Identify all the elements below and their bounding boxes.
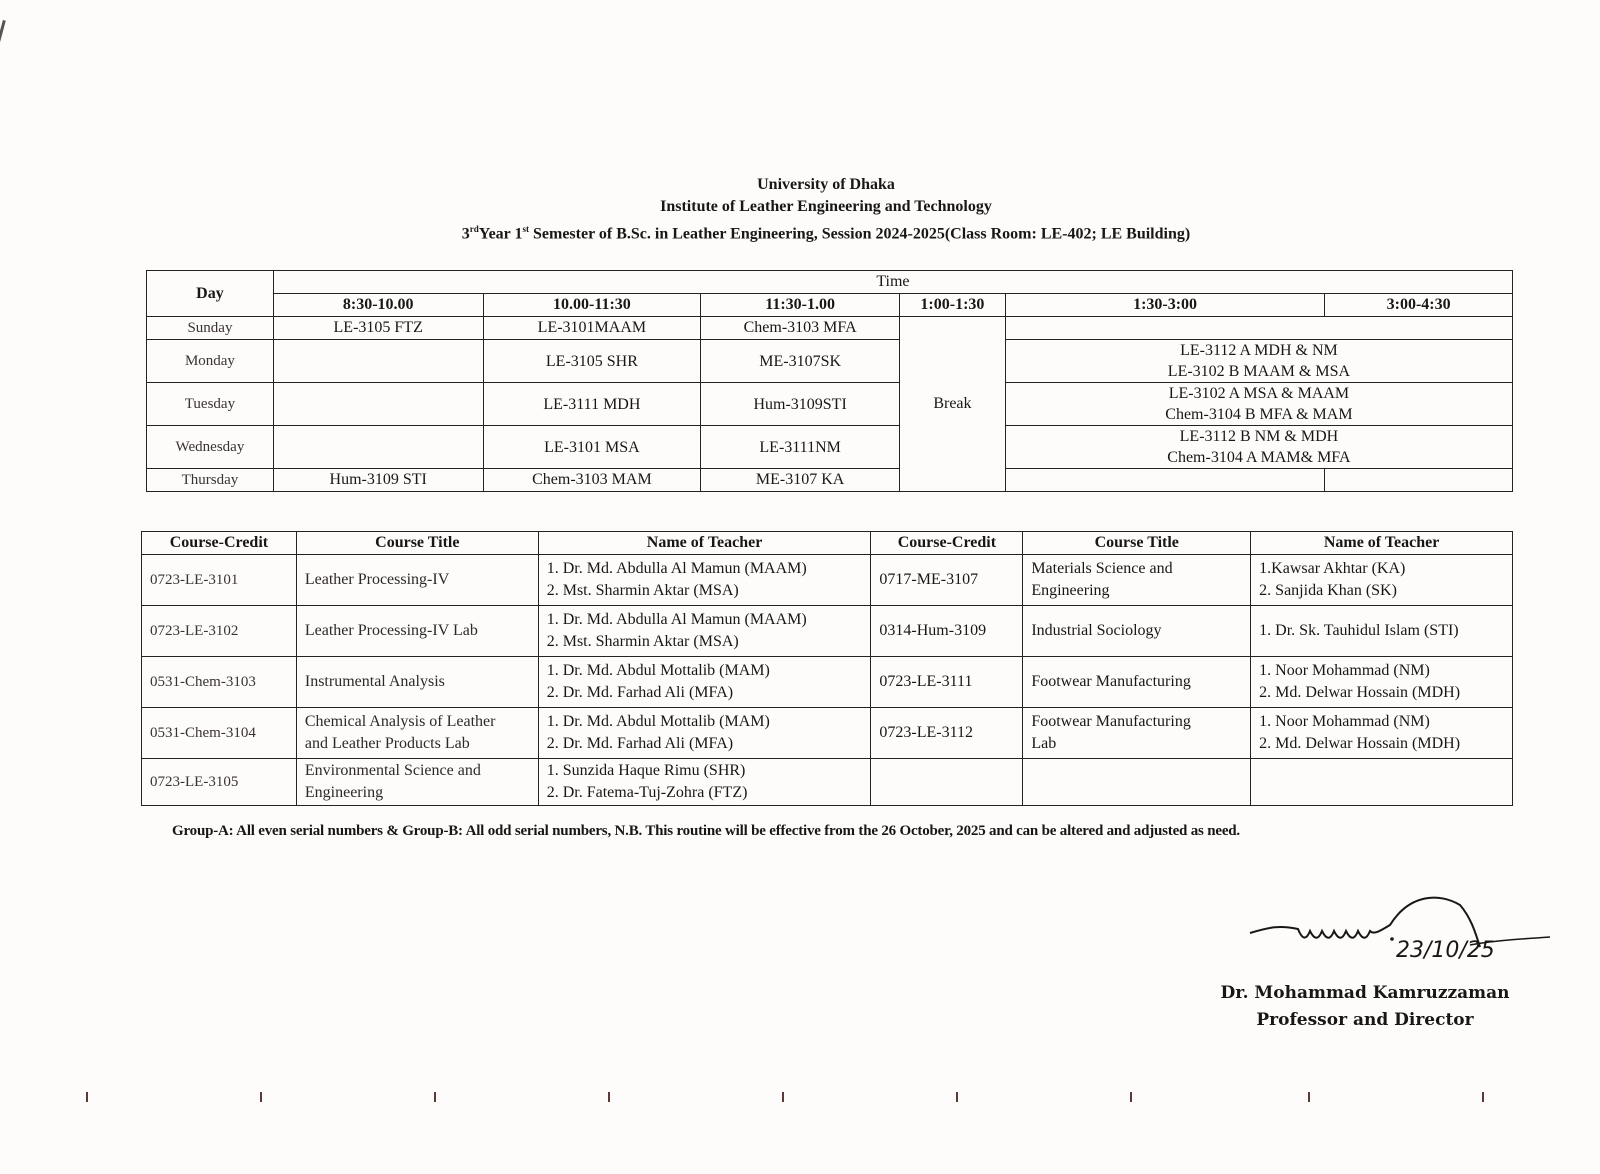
lab-cell xyxy=(1005,317,1512,340)
course-title: Leather Processing-IV Lab xyxy=(296,606,538,657)
slot-header: 1:00-1:30 xyxy=(899,294,1005,317)
lab-cell xyxy=(1005,469,1324,492)
binding-mark xyxy=(1130,1092,1132,1102)
class-cell: LE-3111NM xyxy=(701,426,900,469)
course-title: Instrumental Analysis xyxy=(296,657,538,708)
break-cell: Break xyxy=(899,317,1005,492)
course-row: 0723-LE-3101Leather Processing-IV1. Dr. … xyxy=(142,555,1513,606)
course-code: 0717-ME-3107 xyxy=(871,555,1023,606)
university-name: University of Dhaka xyxy=(0,174,1600,196)
course-code: 0531-Chem-3104 xyxy=(142,708,297,759)
lab-cell: LE-3112 B NM & MDHChem-3104 A MAM& MFA xyxy=(1005,426,1512,469)
course-credit-header: Course-Credit xyxy=(871,532,1023,555)
binding-mark xyxy=(1482,1092,1484,1102)
schedule-row: Sunday LE-3105 FTZ LE-3101MAAM Chem-3103… xyxy=(147,317,1513,340)
binding-mark xyxy=(434,1092,436,1102)
binding-mark xyxy=(608,1092,610,1102)
class-schedule-table: Day Time 8:30-10.00 10.00-11:30 11:30-1.… xyxy=(146,270,1513,492)
class-cell: Chem-3103 MAM xyxy=(483,469,701,492)
course-title: Footwear Manufacturing xyxy=(1023,657,1251,708)
binding-mark xyxy=(782,1092,784,1102)
teacher-names xyxy=(1251,759,1513,806)
signature-icon: 23/10/25 xyxy=(1240,895,1560,975)
class-cell: LE-3101 MSA xyxy=(483,426,701,469)
signature-date: 23/10/25 xyxy=(1396,938,1495,963)
course-code: 0723-LE-3102 xyxy=(142,606,297,657)
time-header: Time xyxy=(273,271,1512,294)
slot-header: 10.00-11:30 xyxy=(483,294,701,317)
class-cell: Hum-3109STI xyxy=(701,383,900,426)
teacher-names: 1. Noor Mohammad (NM)2. Md. Delwar Hossa… xyxy=(1251,708,1513,759)
course-credit-header: Course-Credit xyxy=(142,532,297,555)
course-code: 0531-Chem-3103 xyxy=(142,657,297,708)
day-cell: Thursday xyxy=(147,469,274,492)
slot-header: 11:30-1.00 xyxy=(701,294,900,317)
teacher-names: 1.Kawsar Akhtar (KA)2. Sanjida Khan (SK) xyxy=(1251,555,1513,606)
course-row: 0531-Chem-3104Chemical Analysis of Leath… xyxy=(142,708,1513,759)
course-title: Leather Processing-IV xyxy=(296,555,538,606)
lab-cell: LE-3112 A MDH & NMLE-3102 B MAAM & MSA xyxy=(1005,340,1512,383)
day-header: Day xyxy=(147,271,274,317)
course-row: 0531-Chem-3103Instrumental Analysis1. Dr… xyxy=(142,657,1513,708)
class-cell: ME-3107 KA xyxy=(701,469,900,492)
class-cell xyxy=(273,383,483,426)
schedule-row: Tuesday LE-3111 MDH Hum-3109STI LE-3102 … xyxy=(147,383,1513,426)
course-title: Footwear ManufacturingLab xyxy=(1023,708,1251,759)
group-note: Group-A: All even serial numbers & Group… xyxy=(172,820,1422,842)
teacher-names: 1. Dr. Md. Abdulla Al Mamun (MAAM)2. Mst… xyxy=(538,555,871,606)
teacher-names: 1. Dr. Md. Abdul Mottalib (MAM)2. Dr. Md… xyxy=(538,708,871,759)
class-cell: LE-3111 MDH xyxy=(483,383,701,426)
course-row: 0723-LE-3105Environmental Science andEng… xyxy=(142,759,1513,806)
course-code: 0723-LE-3112 xyxy=(871,708,1023,759)
course-code: 0314-Hum-3109 xyxy=(871,606,1023,657)
teacher-names: 1. Dr. Md. Abdul Mottalib (MAM)2. Dr. Md… xyxy=(538,657,871,708)
class-cell: ME-3107SK xyxy=(701,340,900,383)
binding-mark xyxy=(86,1092,88,1102)
course-title: Chemical Analysis of Leatherand Leather … xyxy=(296,708,538,759)
signatory: Dr. Mohammad Kamruzzaman Professor and D… xyxy=(1200,980,1530,1034)
teacher-header: Name of Teacher xyxy=(1251,532,1513,555)
day-cell: Sunday xyxy=(147,317,274,340)
document-header: University of Dhaka Institute of Leather… xyxy=(0,174,1600,245)
course-row: 0723-LE-3102Leather Processing-IV Lab1. … xyxy=(142,606,1513,657)
course-code: 0723-LE-3111 xyxy=(871,657,1023,708)
class-cell: Hum-3109 STI xyxy=(273,469,483,492)
course-title-header: Course Title xyxy=(296,532,538,555)
class-cell: LE-3101MAAM xyxy=(483,317,701,340)
binding-mark xyxy=(260,1092,262,1102)
course-title xyxy=(1023,759,1251,806)
slot-header: 1:30-3:00 xyxy=(1005,294,1324,317)
binding-mark xyxy=(956,1092,958,1102)
schedule-row: Thursday Hum-3109 STI Chem-3103 MAM ME-3… xyxy=(147,469,1513,492)
day-cell: Wednesday xyxy=(147,426,274,469)
lab-cell: LE-3102 A MSA & MAAMChem-3104 B MFA & MA… xyxy=(1005,383,1512,426)
course-title: Materials Science andEngineering xyxy=(1023,555,1251,606)
course-title: Industrial Sociology xyxy=(1023,606,1251,657)
scan-mark xyxy=(0,20,6,42)
institute-name: Institute of Leather Engineering and Tec… xyxy=(0,196,1600,218)
semester-line: 3rdYear 1st Semester of B.Sc. in Leather… xyxy=(0,218,1600,245)
teacher-names: 1. Dr. Md. Abdulla Al Mamun (MAAM)2. Mst… xyxy=(538,606,871,657)
class-cell xyxy=(273,426,483,469)
class-cell: Chem-3103 MFA xyxy=(701,317,900,340)
slot-header: 8:30-10.00 xyxy=(273,294,483,317)
schedule-row: Wednesday LE-3101 MSA LE-3111NM LE-3112 … xyxy=(147,426,1513,469)
slot-header: 3:00-4:30 xyxy=(1325,294,1513,317)
lab-cell xyxy=(1325,469,1513,492)
teacher-names: 1. Dr. Sk. Tauhidul Islam (STI) xyxy=(1251,606,1513,657)
course-code: 0723-LE-3105 xyxy=(142,759,297,806)
course-code: 0723-LE-3101 xyxy=(142,555,297,606)
teacher-names: 1. Sunzida Haque Rimu (SHR)2. Dr. Fatema… xyxy=(538,759,871,806)
course-title-header: Course Title xyxy=(1023,532,1251,555)
teacher-header: Name of Teacher xyxy=(538,532,871,555)
class-cell xyxy=(273,340,483,383)
binding-mark xyxy=(1308,1092,1310,1102)
course-code xyxy=(871,759,1023,806)
day-cell: Tuesday xyxy=(147,383,274,426)
class-cell: LE-3105 SHR xyxy=(483,340,701,383)
signatory-title: Professor and Director xyxy=(1200,1007,1530,1034)
course-title: Environmental Science andEngineering xyxy=(296,759,538,806)
teacher-names: 1. Noor Mohammad (NM)2. Md. Delwar Hossa… xyxy=(1251,657,1513,708)
schedule-row: Monday LE-3105 SHR ME-3107SK LE-3112 A M… xyxy=(147,340,1513,383)
class-cell: LE-3105 FTZ xyxy=(273,317,483,340)
signatory-name: Dr. Mohammad Kamruzzaman xyxy=(1200,980,1530,1007)
course-teacher-table: Course-Credit Course Title Name of Teach… xyxy=(141,531,1513,806)
day-cell: Monday xyxy=(147,340,274,383)
